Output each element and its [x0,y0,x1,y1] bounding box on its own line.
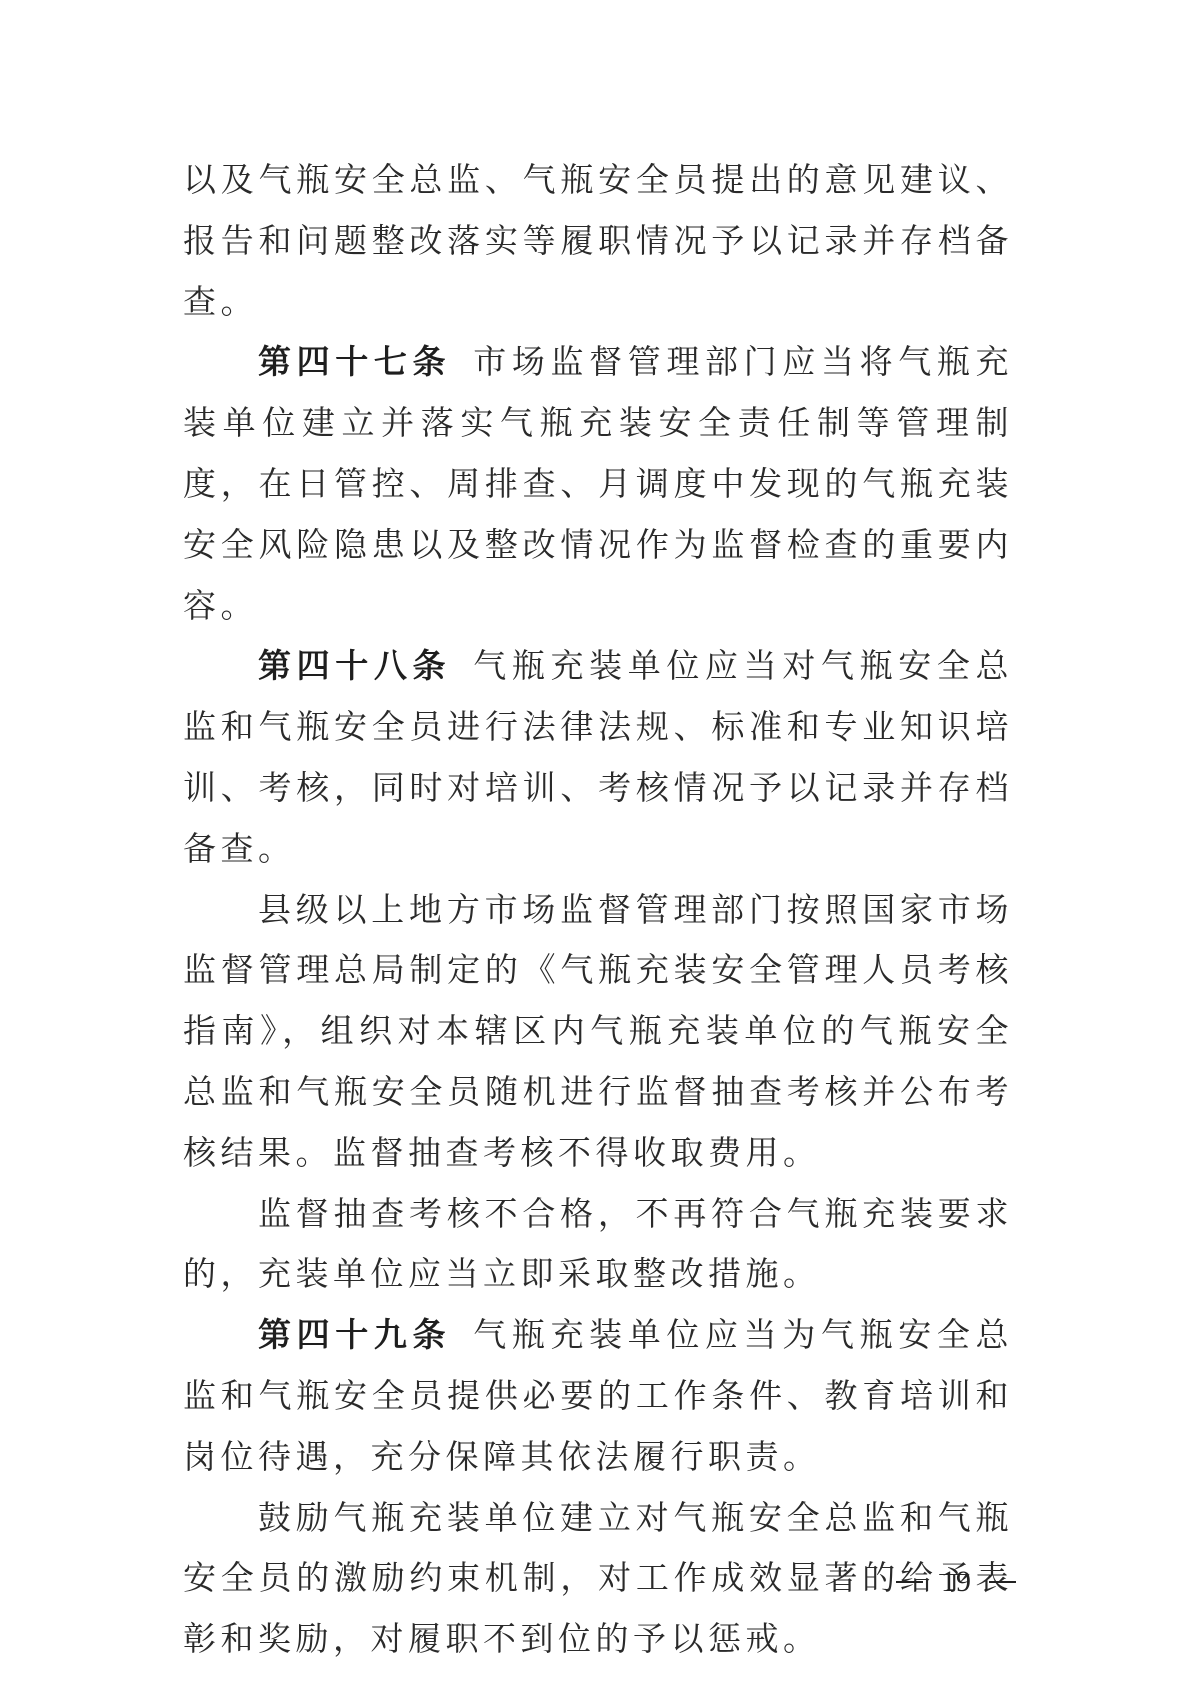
article-48: 第四十八条气瓶充装单位应当对气瓶安全总监和气瓶安全员进行法律法规、标准和专业知识… [183,636,1013,879]
body-text: 以及气瓶安全总监、气瓶安全员提出的意见建议、报告和问题整改落实等履职情况予以记录… [183,150,1013,1670]
page-number-value: 19 [941,1565,971,1599]
article-number: 第四十七条 [258,342,451,381]
article-number: 第四十九条 [258,1315,451,1354]
paragraph-text: 市场监督管理部门应当将气瓶充装单位建立并落实气瓶充装安全责任制等管理制度，在日管… [183,342,1013,624]
article-49: 第四十九条气瓶充装单位应当为气瓶安全总监和气瓶安全员提供必要的工作条件、教育培训… [183,1305,1013,1487]
dash-right [989,1581,1016,1583]
dash-left [896,1581,923,1583]
paragraph-incentive: 鼓励气瓶充装单位建立对气瓶安全总监和气瓶安全员的激励约束机制，对工作成效显著的给… [183,1488,1013,1670]
paragraph-continuation: 以及气瓶安全总监、气瓶安全员提出的意见建议、报告和问题整改落实等履职情况予以记录… [183,150,1013,332]
paragraph-rectification: 监督抽查考核不合格，不再符合气瓶充装要求的，充装单位应当立即采取整改措施。 [183,1184,1013,1306]
paragraph-text: 以及气瓶安全总监、气瓶安全员提出的意见建议、报告和问题整改落实等履职情况予以记录… [183,160,1013,321]
paragraph-assessment: 县级以上地方市场监督管理部门按照国家市场监督管理总局制定的《气瓶充装安全管理人员… [183,880,1013,1184]
paragraph-text: 鼓励气瓶充装单位建立对气瓶安全总监和气瓶安全员的激励约束机制，对工作成效显著的给… [183,1498,1013,1659]
paragraph-text: 监督抽查考核不合格，不再符合气瓶充装要求的，充装单位应当立即采取整改措施。 [183,1194,1013,1294]
article-47: 第四十七条市场监督管理部门应当将气瓶充装单位建立并落实气瓶充装安全责任制等管理制… [183,332,1013,636]
paragraph-text: 县级以上地方市场监督管理部门按照国家市场监督管理总局制定的《气瓶充装安全管理人员… [183,890,1013,1172]
document-page: 以及气瓶安全总监、气瓶安全员提出的意见建议、报告和问题整改落实等履职情况予以记录… [0,0,1190,1683]
article-number: 第四十八条 [258,646,451,685]
page-number: 19 [896,1562,1016,1602]
